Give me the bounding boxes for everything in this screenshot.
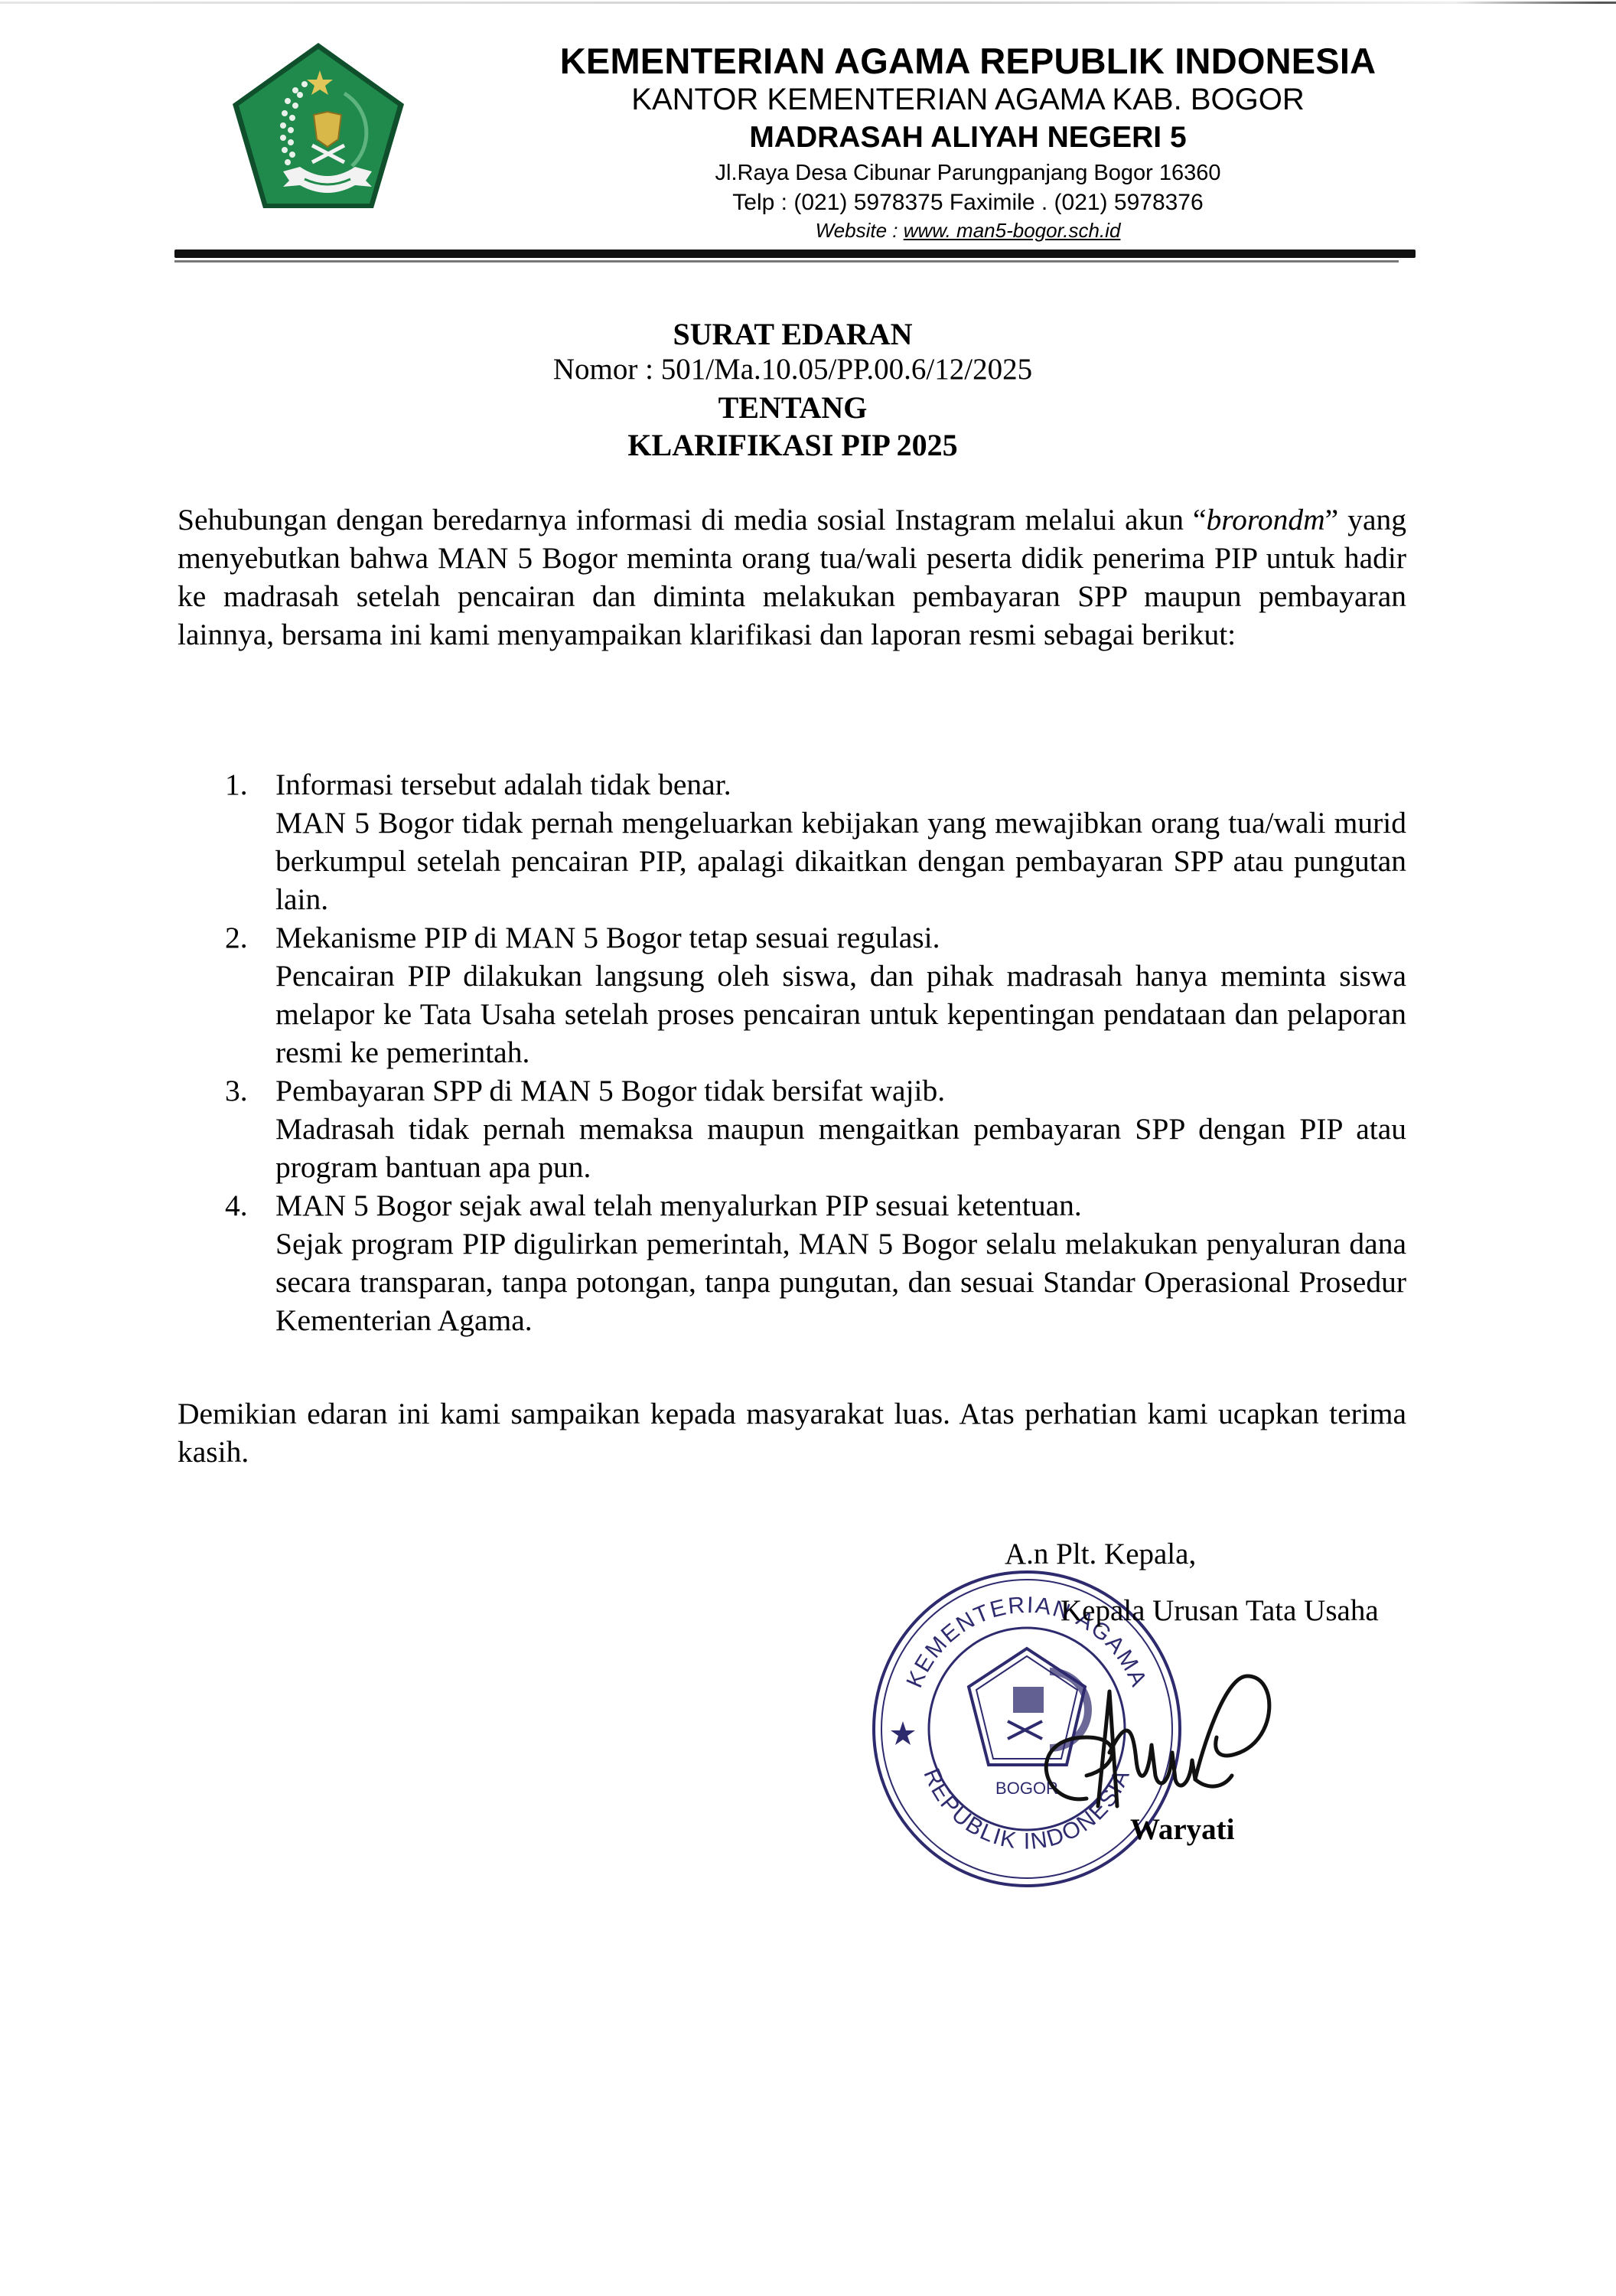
list-item-number: 4. [225,1186,248,1225]
list-item-number: 1. [225,765,248,804]
letterhead-divider-thick [174,249,1416,258]
document-type-title: SURAT EDARAN [0,316,1601,352]
document-subject: KLARIFIKASI PIP 2025 [0,427,1601,463]
list-item: 3. Pembayaran SPP di MAN 5 Bogor tidak b… [178,1071,1406,1186]
closing-paragraph: Demikian edaran ini kami sampaikan kepad… [178,1394,1406,1471]
intro-paragraph: Sehubungan dengan beredarnya informasi d… [178,501,1406,654]
list-item-number: 3. [225,1071,248,1110]
list-item-heading: Pembayaran SPP di MAN 5 Bogor tidak bers… [275,1071,1406,1110]
list-item-heading: Informasi tersebut adalah tidak benar. [275,765,1406,804]
signatory-name: Waryati [1130,1812,1234,1847]
list-item-number: 2. [225,918,248,957]
website-link[interactable]: www. man5-bogor.sch.id [904,219,1121,242]
list-item: 4. MAN 5 Bogor sejak awal telah menyalur… [178,1186,1406,1339]
school-name: MADRASAH ALIYAH NEGERI 5 [459,121,1477,155]
letterhead-divider-thin [174,260,1399,263]
signature-on-behalf: A.n Plt. Kepala, [1005,1537,1196,1571]
list-item-heading: Mekanisme PIP di MAN 5 Bogor tetap sesua… [275,918,1406,957]
scan-edge-line [0,2,1616,4]
list-item-detail: Sejak program PIP digulirkan pemerintah,… [275,1225,1406,1339]
ministry-name: KEMENTERIAN AGAMA REPUBLIK INDONESIA [459,40,1477,82]
kemenag-emblem-icon [230,40,407,211]
instagram-handle: brorondm [1207,503,1325,536]
list-item-detail: Madrasah tidak pernah memaksa maupun men… [275,1110,1406,1186]
clarification-points-list: 1. Informasi tersebut adalah tidak benar… [178,765,1406,1339]
handwritten-signature-icon [995,1645,1285,1837]
website-label: Website : [816,219,904,242]
school-phone-fax: Telp : (021) 5978375 Faximile . (021) 59… [459,190,1477,216]
about-label: TENTANG [0,390,1601,426]
signatory-position: Kepala Urusan Tata Usaha [1060,1593,1379,1628]
school-address: Jl.Raya Desa Cibunar Parungpanjang Bogor… [459,161,1477,186]
list-item-detail: MAN 5 Bogor tidak pernah mengeluarkan ke… [275,804,1406,918]
list-item: 1. Informasi tersebut adalah tidak benar… [178,765,1406,918]
office-name: KANTOR KEMENTERIAN AGAMA KAB. BOGOR [459,83,1477,117]
list-item-detail: Pencairan PIP dilakukan langsung oleh si… [275,957,1406,1071]
school-website: Website : www. man5-bogor.sch.id [459,219,1477,243]
letter-page: KEMENTERIAN AGAMA REPUBLIK INDONESIA KAN… [0,0,1616,2296]
list-item: 2. Mekanisme PIP di MAN 5 Bogor tetap se… [178,918,1406,1071]
list-item-heading: MAN 5 Bogor sejak awal telah menyalurkan… [275,1186,1406,1225]
intro-text-start: Sehubungan dengan beredarnya informasi d… [178,503,1207,536]
document-number: Nomor : 501/Ma.10.05/PP.00.6/12/2025 [0,352,1601,386]
